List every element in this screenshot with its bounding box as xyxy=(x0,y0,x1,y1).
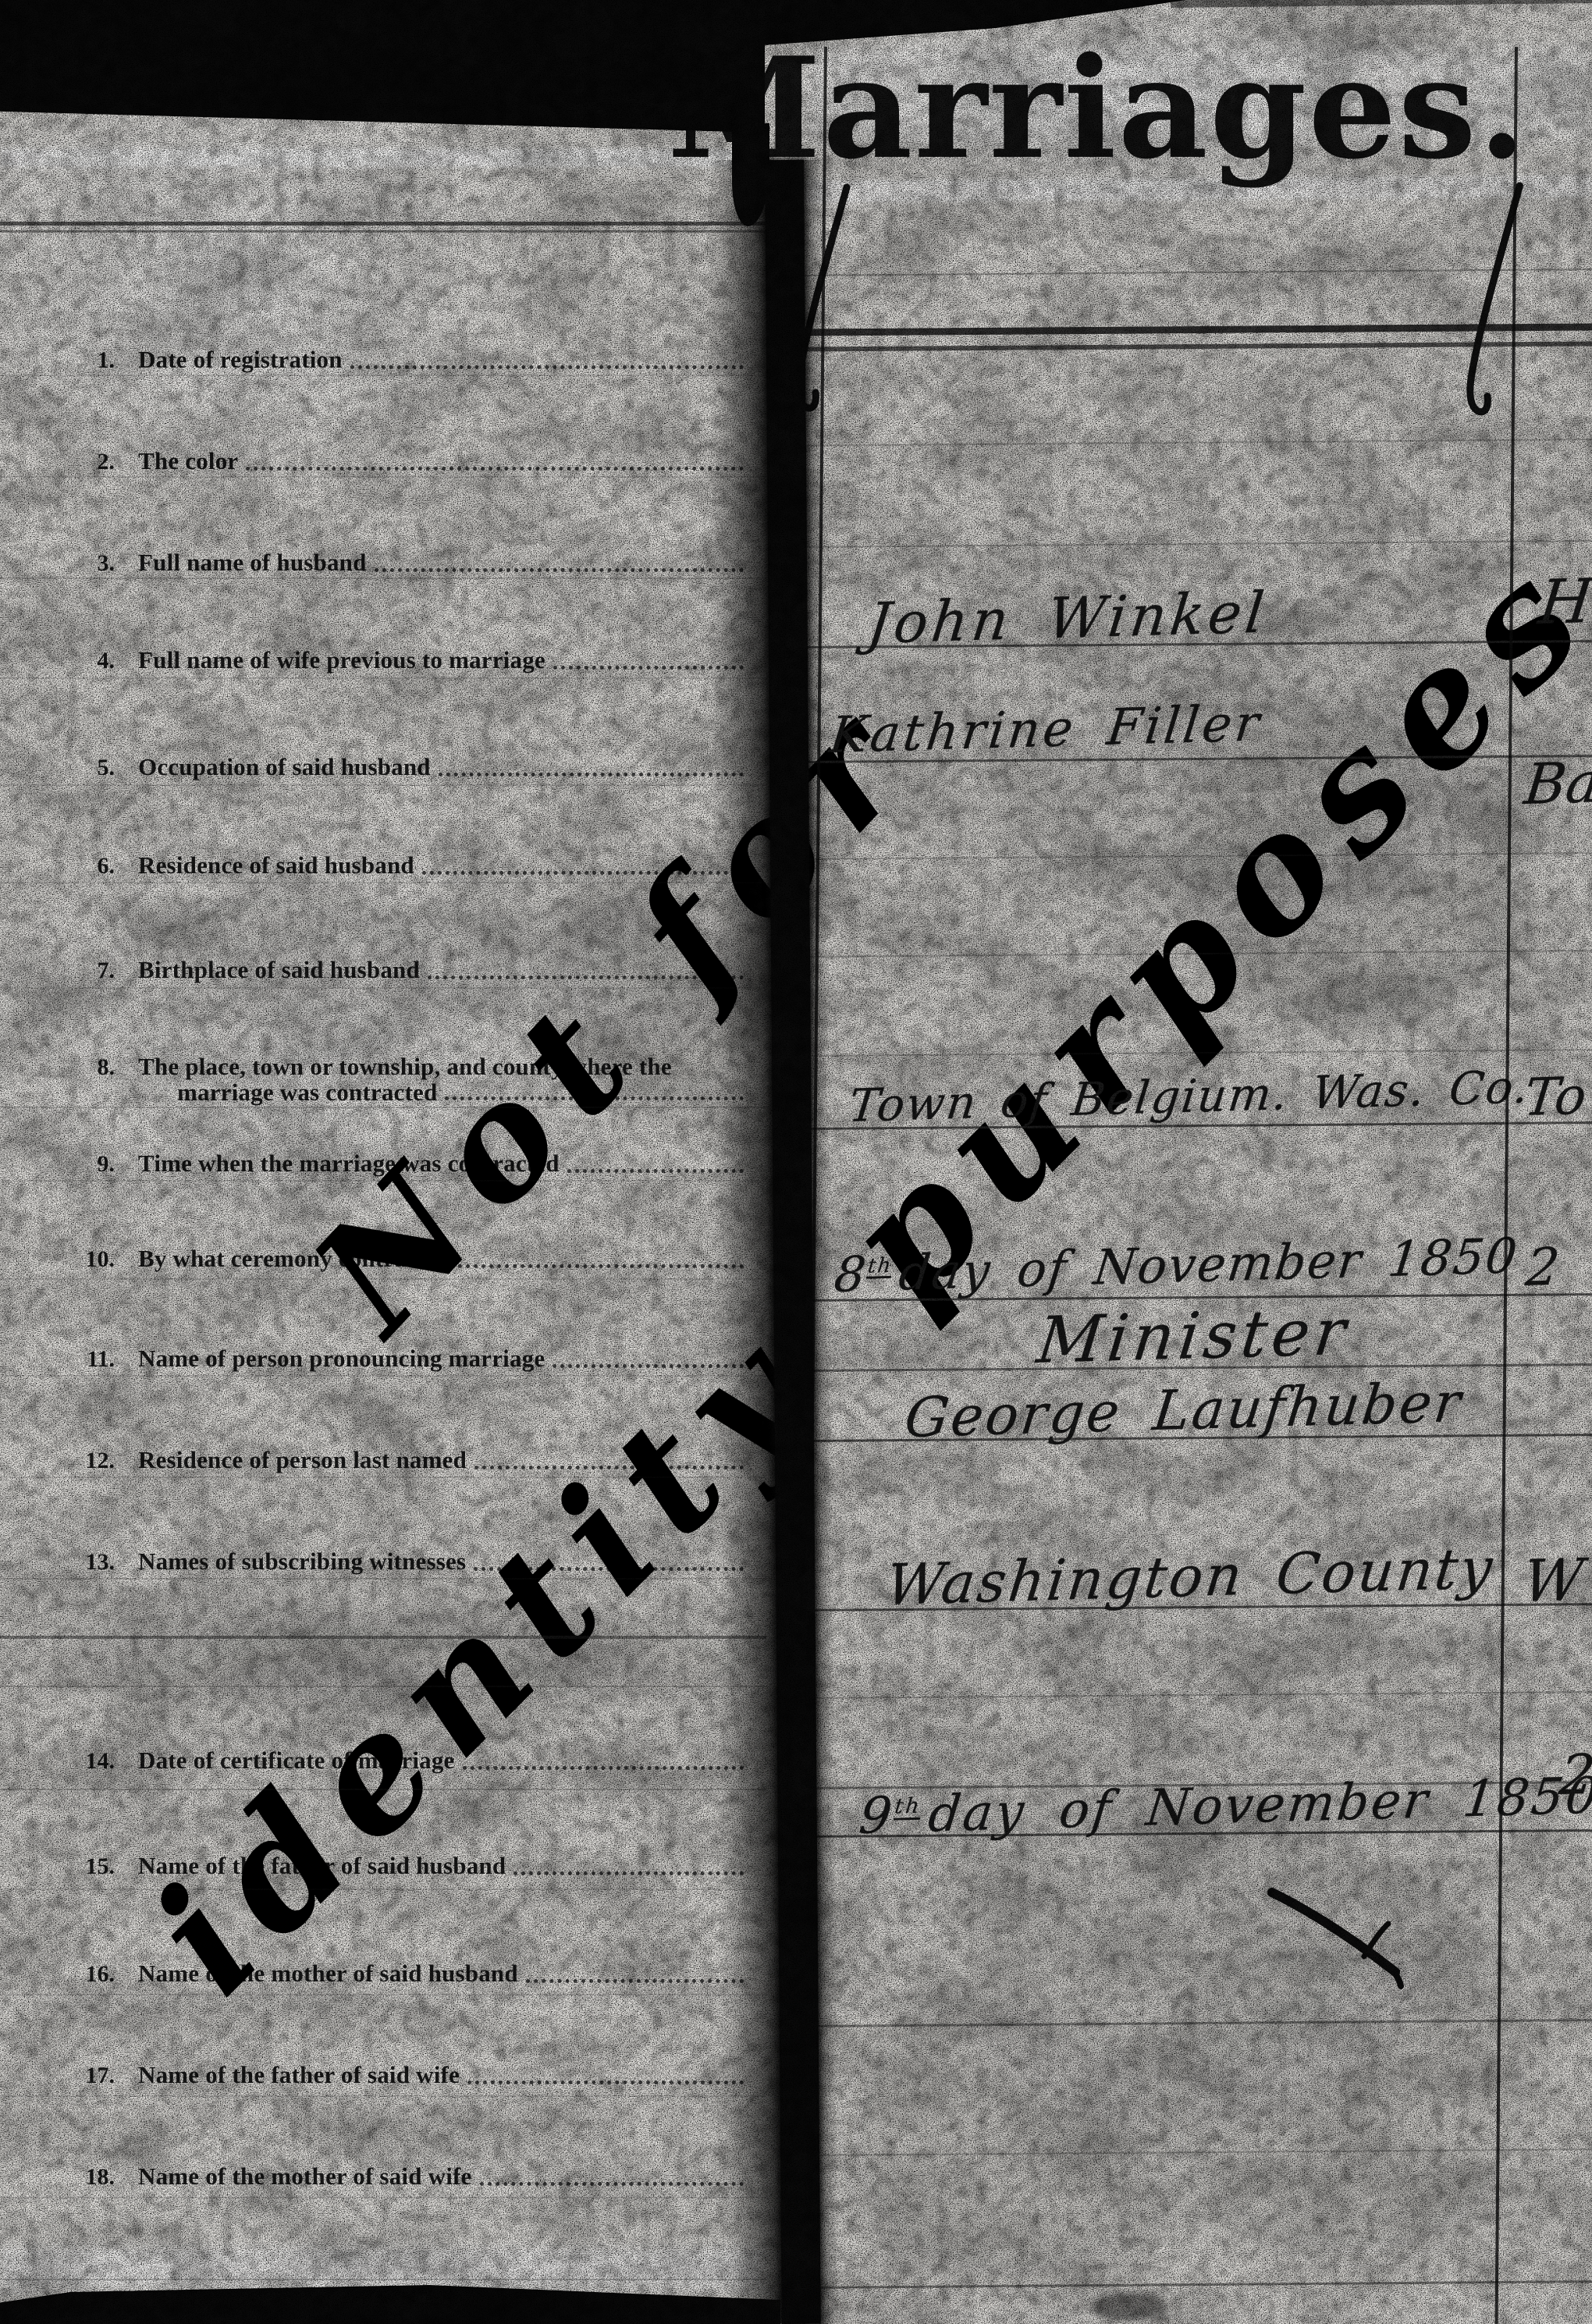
dotted-leader xyxy=(467,2081,744,2084)
form-item: 4. Full name of wife previous to marriag… xyxy=(43,647,747,674)
dotted-leader xyxy=(526,1979,744,1983)
heavy-rule xyxy=(0,230,766,233)
row-line xyxy=(0,1889,766,1890)
row-line xyxy=(0,677,766,679)
marriage-register-scan: Not for identity purposes 1. Date of reg… xyxy=(0,0,1592,2324)
ink-stroke xyxy=(1266,1885,1414,1990)
row-line xyxy=(0,987,766,989)
form-item-number: 17. xyxy=(43,2063,115,2089)
adjacent-entry-fragment: 2 xyxy=(1557,1747,1592,1803)
adjacent-entry-fragment: To xyxy=(1522,1071,1589,1124)
form-item-number: 4. xyxy=(43,648,115,674)
form-item-number: 1. xyxy=(43,347,115,374)
dotted-leader xyxy=(480,2182,744,2186)
row-line xyxy=(0,476,766,478)
dotted-leader xyxy=(439,773,744,776)
entry-husband-name: John Winkel xyxy=(865,584,1270,652)
heavy-rule xyxy=(0,222,766,226)
form-item-number: 15. xyxy=(43,1853,115,1880)
entry-time-ordinal: th xyxy=(866,1255,893,1278)
form-item-number: 16. xyxy=(43,1961,115,1988)
check-mark-icon xyxy=(1453,181,1530,421)
form-item-number: 8. xyxy=(43,1054,115,1081)
dotted-leader xyxy=(350,365,744,369)
row-line xyxy=(0,375,766,376)
form-item: 5. Occupation of said husband xyxy=(43,754,747,781)
form-item-number: 2. xyxy=(43,449,115,475)
form-item-label: Names of subscribing witnesses xyxy=(138,1548,466,1574)
row-line xyxy=(0,1789,766,1790)
dotted-leader xyxy=(246,467,744,471)
smudge xyxy=(843,1990,1178,2287)
form-item-label: Name of the mother of said wife xyxy=(138,2163,472,2189)
form-item: 16. Name of the mother of said husband xyxy=(43,1960,747,1988)
form-item-label: Residence of said husband xyxy=(138,852,414,878)
entry-pronouncer-residence: Washington County xyxy=(883,1540,1498,1613)
scan-streak xyxy=(0,148,766,167)
row-line xyxy=(0,1578,766,1580)
form-item-number: 10. xyxy=(43,1246,115,1273)
row-line xyxy=(0,1636,766,1639)
form-item-label: Full name of wife previous to marriage xyxy=(138,647,545,673)
form-item-number: 3. xyxy=(43,550,115,577)
entry-certificate-day: 9 xyxy=(856,1787,897,1846)
row-line xyxy=(0,2095,766,2097)
form-item-label: Name of person pronouncing marriage xyxy=(138,1345,545,1371)
row-line xyxy=(0,1180,766,1182)
form-item-label: Birthplace of said husband xyxy=(138,957,420,983)
row-line xyxy=(0,1686,766,1687)
row-line xyxy=(0,1476,766,1478)
form-item-label: Name of the father of said wife xyxy=(138,2062,460,2088)
form-item: 3. Full name of husband xyxy=(43,549,747,577)
scan-black-corner xyxy=(0,0,765,133)
form-item-number: 9. xyxy=(43,1151,115,1178)
form-item-number: 14. xyxy=(43,1748,115,1775)
form-item: 18. Name of the mother of said wife xyxy=(43,2163,747,2191)
adjacent-entry-fragment: 2 xyxy=(1523,1242,1562,1294)
dotted-leader xyxy=(375,568,744,572)
form-item-label: Occupation of said husband xyxy=(138,754,431,780)
form-item: 17. Name of the father of said wife xyxy=(43,2062,747,2089)
row-line xyxy=(0,882,766,883)
adjacent-entry-fragment: Ba xyxy=(1522,754,1592,812)
form-item-number: 6. xyxy=(43,853,115,879)
entry-time-day: 8 xyxy=(831,1246,870,1303)
entry-wife-name: Kathrine Filler xyxy=(827,698,1265,761)
row-line xyxy=(0,577,766,579)
form-item-label: The color xyxy=(138,448,238,474)
entry-certificate-ordinal: th xyxy=(894,1796,922,1820)
adjacent-entry-fragment: W xyxy=(1520,1551,1586,1611)
form-item-label: Full name of husband xyxy=(138,549,367,575)
dotted-leader xyxy=(513,1871,744,1875)
form-item: 11. Name of person pronouncing marriage xyxy=(43,1345,747,1373)
row-line xyxy=(0,2197,766,2198)
row-line xyxy=(0,2279,766,2280)
form-item-label: marriage was contracted xyxy=(177,1079,437,1105)
smudge xyxy=(1093,2293,1167,2321)
adjacent-entry-fragment: H xyxy=(1536,571,1592,634)
form-item-number: 7. xyxy=(43,958,115,984)
form-item: 1. Date of registration xyxy=(43,346,747,374)
form-item-number: 11. xyxy=(43,1346,115,1373)
form-item-number: 13. xyxy=(43,1549,115,1576)
entry-ceremony: Minister xyxy=(1034,1301,1353,1373)
form-item-number: 18. xyxy=(43,2164,115,2191)
form-item-label: Residence of person last named xyxy=(138,1447,467,1473)
row-line xyxy=(0,1278,766,1280)
form-item-number: 12. xyxy=(43,1448,115,1474)
row-line xyxy=(0,784,766,786)
entry-pronouncer-name: George Laufhuber xyxy=(902,1375,1466,1445)
row-line xyxy=(0,1107,766,1108)
form-item-label: Date of registration xyxy=(138,346,343,372)
row-line xyxy=(0,1994,766,1995)
form-item-number: 5. xyxy=(43,755,115,781)
scan-streak xyxy=(0,2248,765,2290)
row-line xyxy=(0,1375,766,1377)
page-title: Marriages. xyxy=(667,39,1528,178)
form-item: 2. The color xyxy=(43,448,747,475)
